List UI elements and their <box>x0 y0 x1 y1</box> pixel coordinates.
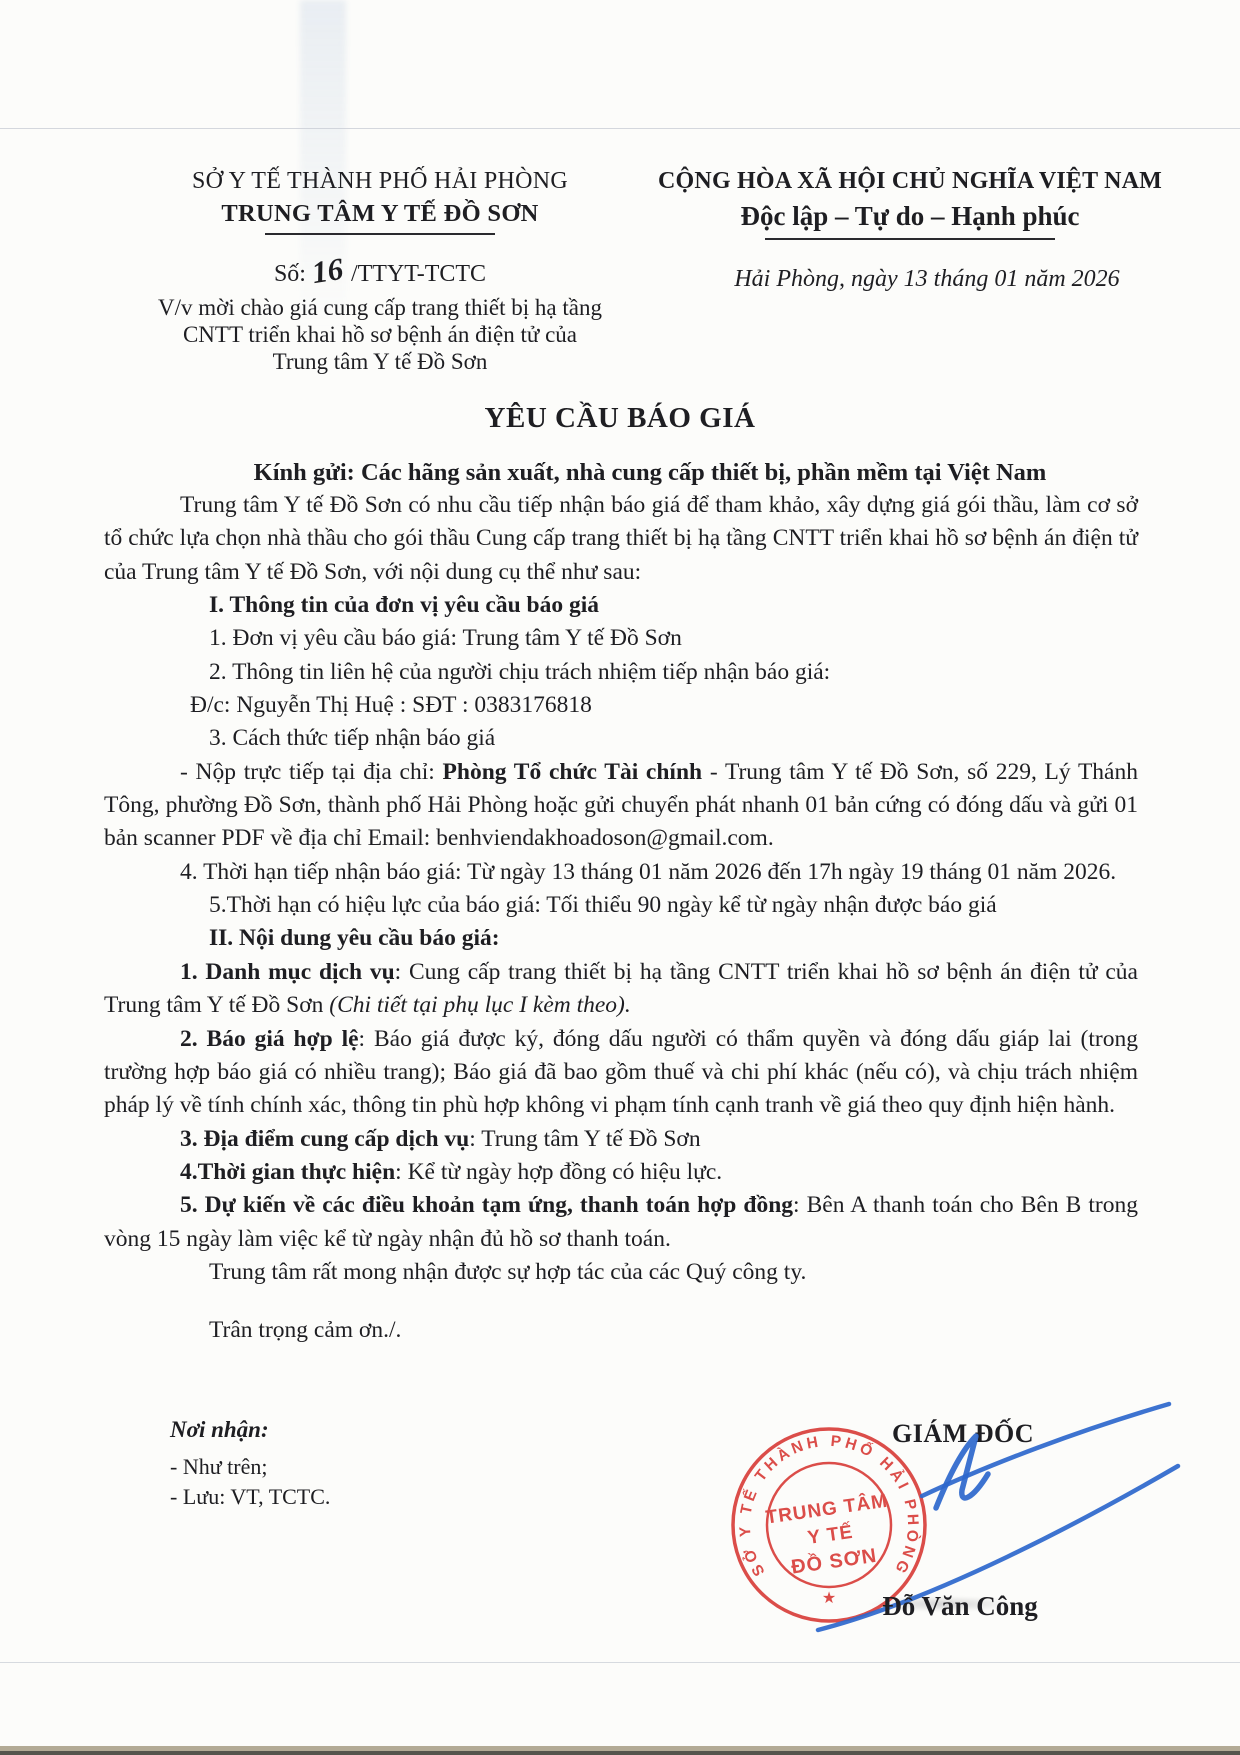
subject-line-3: Trung tâm Y tế Đồ Sơn <box>100 348 660 375</box>
place-date-line: Hải Phòng, ngày 13 tháng 01 năm 2026 <box>620 266 1200 293</box>
org-name-underline <box>265 233 495 235</box>
header-national-motto: CỘNG HÒA XÃ HỘI CHỦ NGHĨA VIỆT NAM Độc l… <box>620 168 1200 293</box>
document-number-line: Số:16/TTYT-TCTC <box>100 261 660 288</box>
submission-prefix: - Nộp trực tiếp tại địa chỉ: <box>180 759 443 785</box>
section-1-item-1: 1. Đơn vị yêu cầu báo giá: Trung tâm Y t… <box>104 622 1138 655</box>
document-title: YÊU CẦU BÁO GIÁ <box>0 402 1240 435</box>
section-1-item-4: 4. Thời hạn tiếp nhận báo giá: Từ ngày 1… <box>104 856 1138 889</box>
document-number-suffix: /TTYT-TCTC <box>351 261 486 287</box>
subject-line-1: V/v mời chào giá cung cấp trang thiết bị… <box>100 294 660 321</box>
subject-block: V/v mời chào giá cung cấp trang thiết bị… <box>100 294 660 375</box>
signature-stroke-upper <box>922 1404 1169 1496</box>
section-2-item-1: 1. Danh mục dịch vụ: Cung cấp trang thiế… <box>104 956 1138 1023</box>
recipient-2: - Lưu: VT, TCTC. <box>170 1482 330 1512</box>
document-number-handwritten: 16 <box>312 269 343 274</box>
item-1-label: 1. Danh mục dịch vụ <box>180 959 395 985</box>
document-page: SỞ Y TẾ THÀNH PHỐ HẢI PHÒNG TRUNG TÂM Y … <box>0 0 1240 1755</box>
parent-org-name: SỞ Y TẾ THÀNH PHỐ HẢI PHÒNG <box>100 168 660 195</box>
item-5-label: 5. Dự kiến về các điều khoản tạm ứng, th… <box>180 1192 793 1218</box>
national-motto: Độc lập – Tự do – Hạnh phúc <box>620 201 1200 232</box>
section-2-item-5: 5. Dự kiến về các điều khoản tạm ứng, th… <box>104 1189 1138 1256</box>
salutation-line: Kính gửi: Các hãng sản xuất, nhà cung cấ… <box>104 459 1138 487</box>
cooperation-line: Trung tâm rất mong nhận được sự hợp tác … <box>104 1256 1138 1289</box>
scan-edge-line-top <box>0 128 1240 129</box>
item-4-text: : Kể từ ngày hợp đồng có hiệu lực. <box>395 1159 722 1185</box>
section-1-item-5: 5.Thời hạn có hiệu lực của báo giá: Tối … <box>104 889 1138 922</box>
signer-name: Đỗ Văn Công <box>848 1591 1072 1622</box>
scan-bottom-bar-dark <box>0 1751 1240 1755</box>
item-4-label: 4.Thời gian thực hiện <box>180 1159 395 1185</box>
section-2-item-4: 4.Thời gian thực hiện: Kể từ ngày hợp đồ… <box>104 1156 1138 1189</box>
recipients-block: Nơi nhận: - Như trên; - Lưu: VT, TCTC. <box>170 1417 330 1511</box>
national-title: CỘNG HÒA XÃ HỘI CHỦ NGHĨA VIỆT NAM <box>620 168 1200 195</box>
section-1-item-2: 2. Thông tin liên hệ của người chịu trác… <box>104 656 1138 689</box>
section-1-heading: I. Thông tin của đơn vị yêu cầu báo giá <box>104 589 1138 622</box>
recipient-1: - Như trên; <box>170 1452 330 1482</box>
item-1-appendix-note: (Chi tiết tại phụ lục I kèm theo). <box>329 992 631 1018</box>
item-3-text: : Trung tâm Y tế Đồ Sơn <box>469 1126 700 1152</box>
section-2-item-3: 3. Địa điểm cung cấp dịch vụ: Trung tâm … <box>104 1123 1138 1156</box>
recipients-label: Nơi nhận: <box>170 1417 330 1443</box>
document-body: Trung tâm Y tế Đồ Sơn có nhu cầu tiếp nh… <box>104 489 1138 1348</box>
section-1-item-3: 3. Cách thức tiếp nhận báo giá <box>104 722 1138 755</box>
section-2-item-2: 2. Báo giá hợp lệ: Báo giá được ký, đóng… <box>104 1023 1138 1123</box>
item-3-label: 3. Địa điểm cung cấp dịch vụ <box>180 1126 469 1152</box>
section-2-heading: II. Nội dung yêu cầu báo giá: <box>104 922 1138 955</box>
document-number-label: Số: <box>274 261 306 287</box>
signature-ink <box>700 1378 1200 1668</box>
submission-paragraph: - Nộp trực tiếp tại địa chỉ: Phòng Tổ ch… <box>104 756 1138 856</box>
thanks-line: Trân trọng cảm ơn./. <box>104 1314 1138 1347</box>
submission-office-bold: Phòng Tổ chức Tài chính <box>443 759 703 785</box>
item-2-label: 2. Báo giá hợp lệ <box>180 1026 359 1052</box>
intro-paragraph: Trung tâm Y tế Đồ Sơn có nhu cầu tiếp nh… <box>104 489 1138 589</box>
contact-line: Đ/c: Nguyễn Thị Huệ : SĐT : 0383176818 <box>104 689 1138 722</box>
org-name: TRUNG TÂM Y TẾ ĐỒ SƠN <box>100 200 660 228</box>
header-issuing-org: SỞ Y TẾ THÀNH PHỐ HẢI PHÒNG TRUNG TÂM Y … <box>100 168 660 375</box>
subject-line-2: CNTT triển khai hồ sơ bệnh án điện tử củ… <box>100 321 660 348</box>
motto-underline <box>765 238 1055 240</box>
